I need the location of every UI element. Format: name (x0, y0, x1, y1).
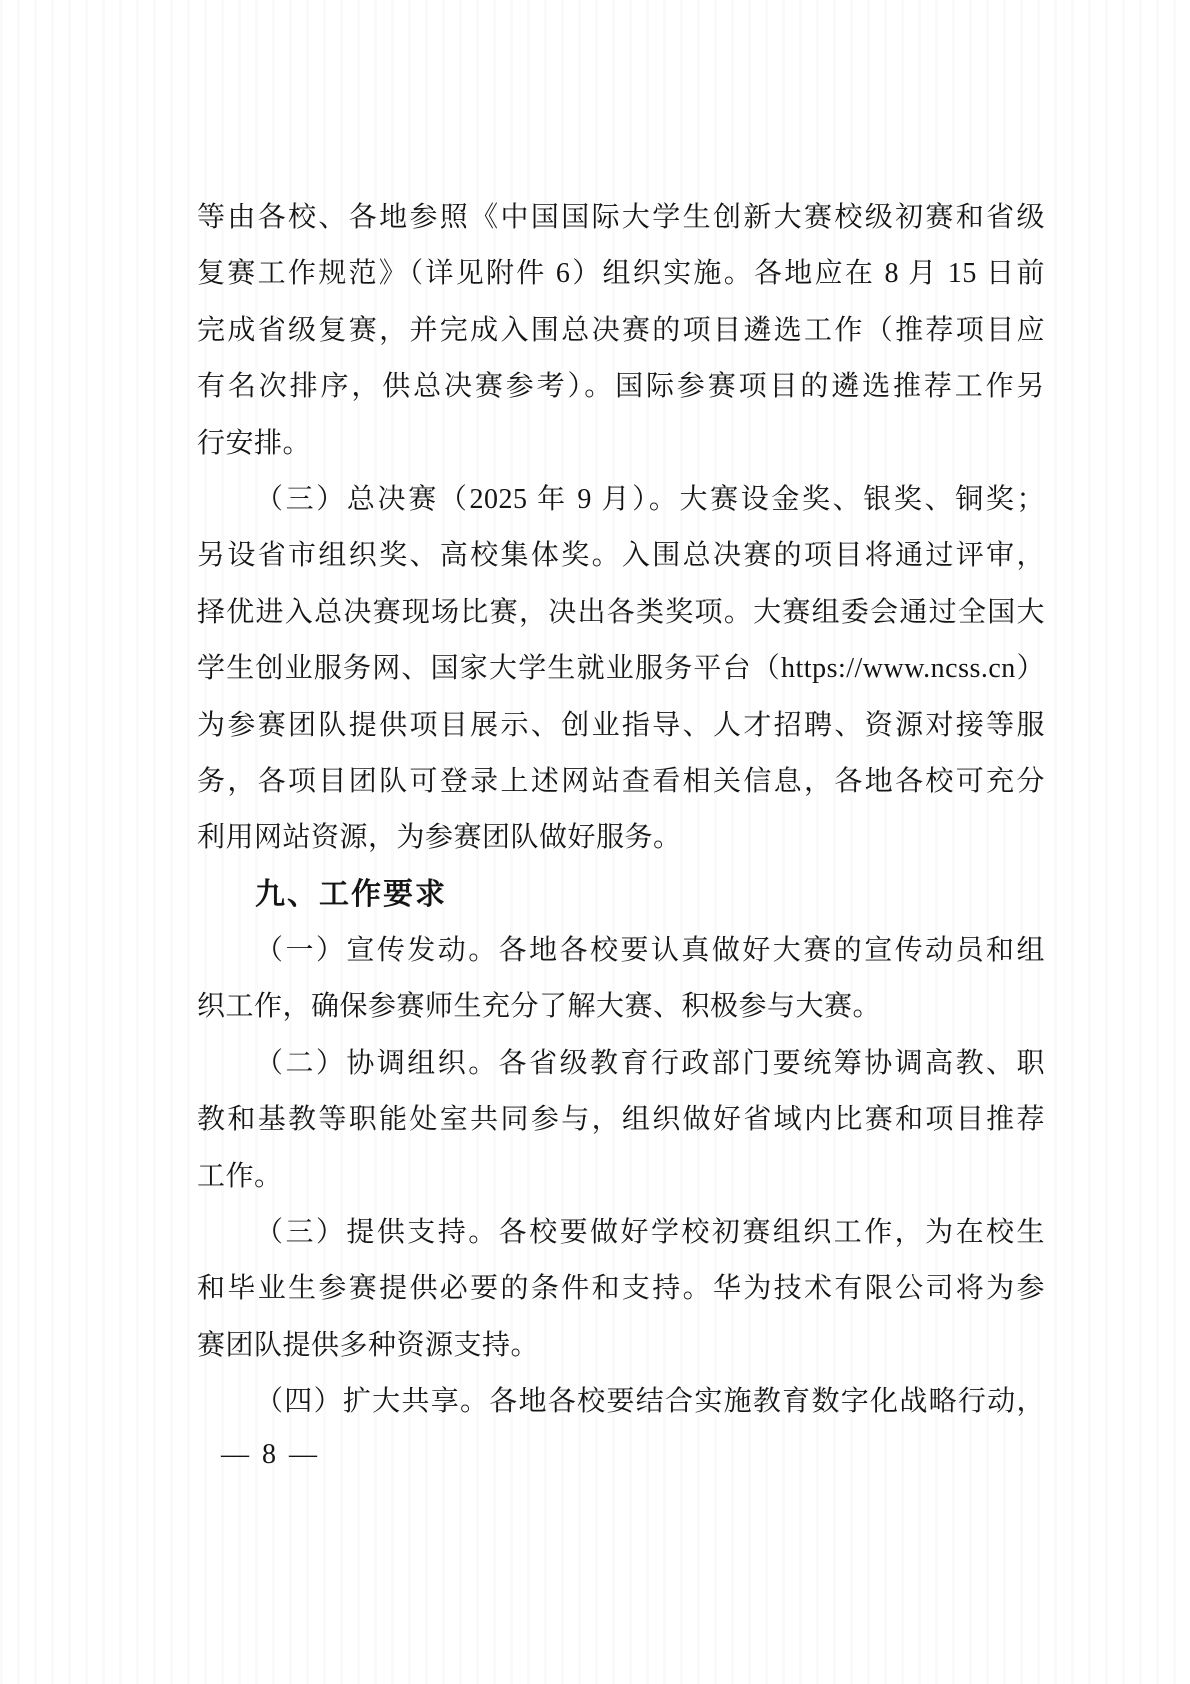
text-line: 教和基教等职能处室共同参与，组织做好省域内比赛和项目推荐 (197, 1092, 1045, 1148)
paragraph: 等由各校、各地参照《中国国际大学生创新大赛校级初赛和省级复赛工作规范》（详见附件… (197, 190, 1045, 472)
text-line: 织工作，确保参赛师生充分了解大赛、积极参与大赛。 (197, 979, 1045, 1035)
text-line: 学生创业服务网、国家大学生就业服务平台（https://www.ncss.cn） (197, 641, 1045, 697)
document-text: 等由各校、各地参照《中国国际大学生创新大赛校级初赛和省级复赛工作规范》（详见附件… (197, 190, 1045, 1431)
text-line: 复赛工作规范》（详见附件 6）组织实施。各地应在 8 月 15 日前 (197, 246, 1045, 302)
text-line: 行安排。 (197, 416, 1045, 472)
text-line: 为参赛团队提供项目展示、创业指导、人才招聘、资源对接等服 (197, 698, 1045, 754)
text-line: （四）扩大共享。各地各校要结合实施教育数字化战略行动， (197, 1374, 1045, 1430)
text-line: （一）宣传发动。各地各校要认真做好大赛的宣传动员和组 (197, 923, 1045, 979)
section-heading: 九、工作要求 (197, 867, 1045, 923)
text-line: 另设省市组织奖、高校集体奖。入围总决赛的项目将通过评审， (197, 528, 1045, 584)
text-line: 工作。 (197, 1149, 1045, 1205)
text-line: 有名次排序，供总决赛参考）。国际参赛项目的遴选推荐工作另 (197, 359, 1045, 415)
text-line: 和毕业生参赛提供必要的条件和支持。华为技术有限公司将为参 (197, 1261, 1045, 1317)
text-line: 等由各校、各地参照《中国国际大学生创新大赛校级初赛和省级 (197, 190, 1045, 246)
paragraph: （一）宣传发动。各地各校要认真做好大赛的宣传动员和组织工作，确保参赛师生充分了解… (197, 923, 1045, 1036)
text-line: 利用网站资源，为参赛团队做好服务。 (197, 810, 1045, 866)
text-line: 择优进入总决赛现场比赛，决出各类奖项。大赛组委会通过全国大 (197, 585, 1045, 641)
text-line: 九、工作要求 (197, 867, 1045, 923)
paragraph: （三）总决赛（2025 年 9 月）。大赛设金奖、银奖、铜奖；另设省市组织奖、高… (197, 472, 1045, 867)
paragraph: （四）扩大共享。各地各校要结合实施教育数字化战略行动， (197, 1374, 1045, 1430)
paragraph: （三）提供支持。各校要做好学校初赛组织工作，为在校生和毕业生参赛提供必要的条件和… (197, 1205, 1045, 1374)
text-line: （三）总决赛（2025 年 9 月）。大赛设金奖、银奖、铜奖； (197, 472, 1045, 528)
text-line: （三）提供支持。各校要做好学校初赛组织工作，为在校生 (197, 1205, 1045, 1261)
text-line: 完成省级复赛，并完成入围总决赛的项目遴选工作（推荐项目应 (197, 303, 1045, 359)
text-line: 赛团队提供多种资源支持。 (197, 1318, 1045, 1374)
document-page: 等由各校、各地参照《中国国际大学生创新大赛校级初赛和省级复赛工作规范》（详见附件… (0, 0, 1190, 1684)
page-number: — 8 — (221, 1429, 320, 1481)
text-line: 务，各项目团队可登录上述网站查看相关信息，各地各校可充分 (197, 754, 1045, 810)
paragraph: （二）协调组织。各省级教育行政部门要统筹协调高教、职教和基教等职能处室共同参与，… (197, 1036, 1045, 1205)
text-line: （二）协调组织。各省级教育行政部门要统筹协调高教、职 (197, 1036, 1045, 1092)
